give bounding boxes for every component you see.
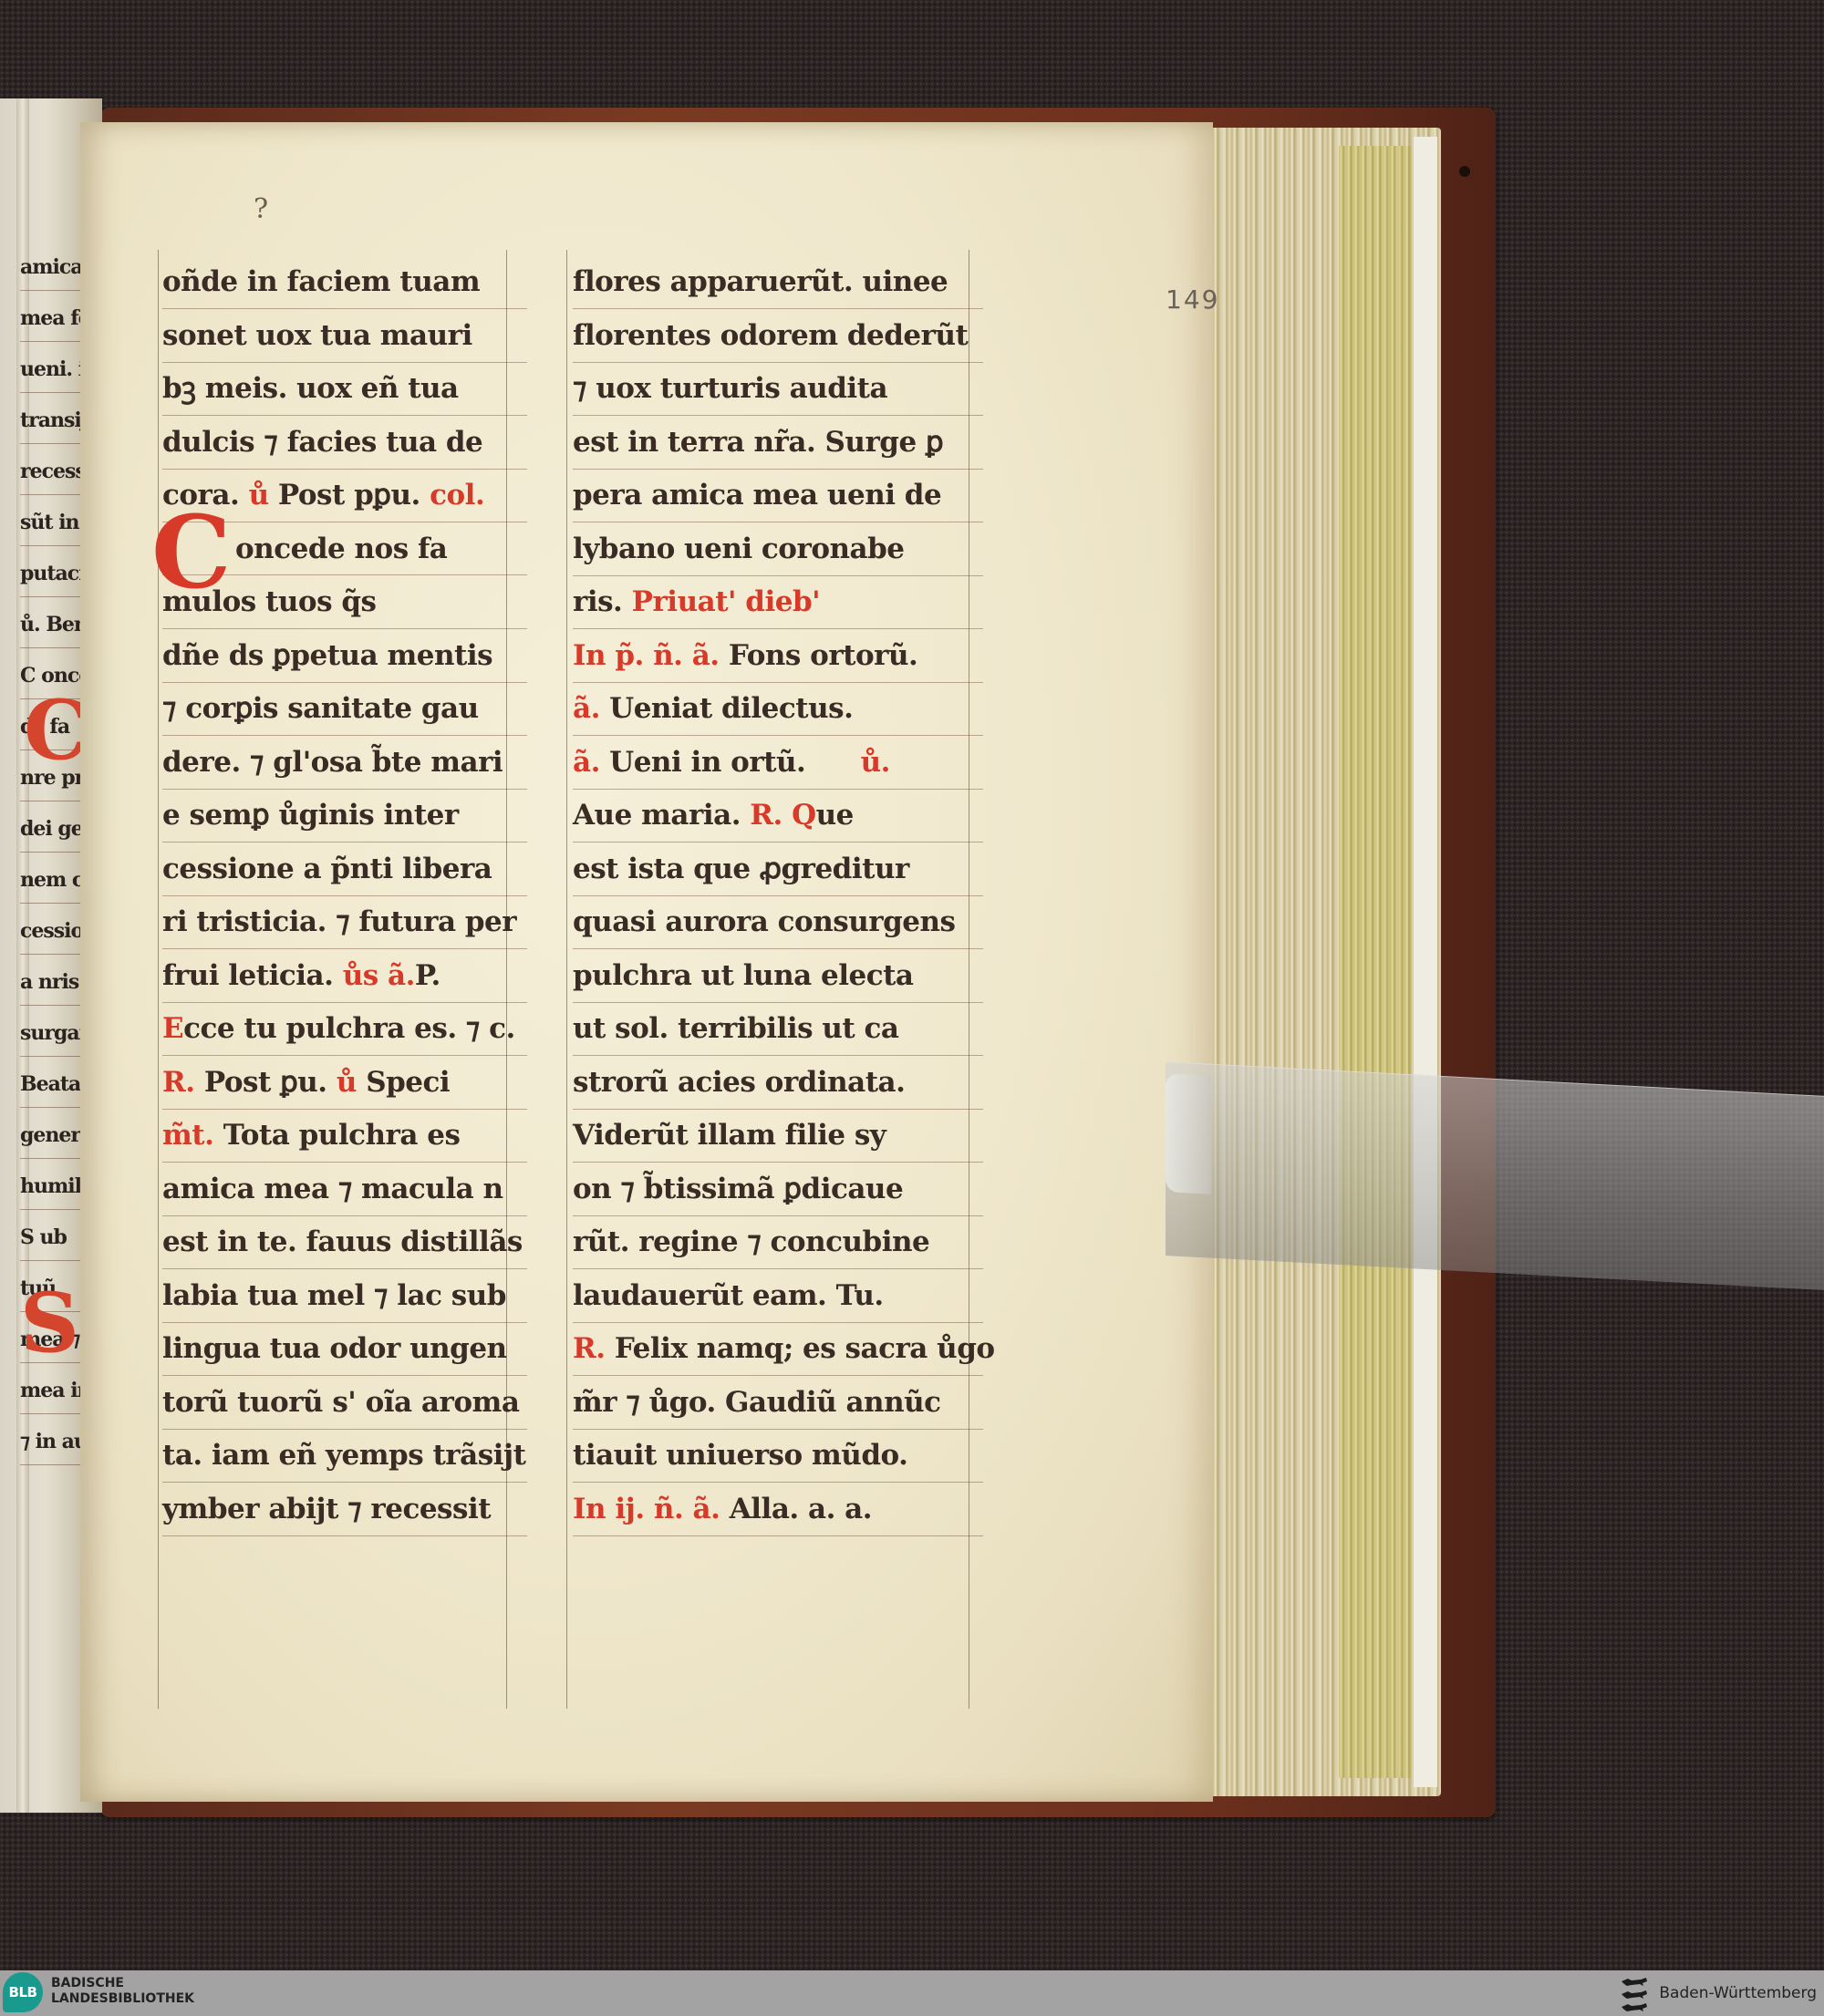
rubric: m̃t. xyxy=(162,1119,223,1152)
text-line: Aue maria. R. Que xyxy=(573,789,983,843)
text-segment: est in terra nr̃a. Surge ꝑ xyxy=(573,426,943,459)
text-segment: est ista que ꝓgreditur xyxy=(573,853,909,885)
clasp-hole xyxy=(1459,166,1470,177)
text-segment: ⁊ uox turturis audita xyxy=(573,372,887,405)
text-line: In ij. ñ. ã. Alla. a. a. xyxy=(573,1483,983,1536)
rubric: R. Q xyxy=(750,799,815,832)
text-line: ã. Ueni in ortũ. ů. xyxy=(573,736,983,790)
text-segment: labia tua mel ⁊ lac sub xyxy=(162,1279,506,1312)
text-segment: Ueni in ortũ. xyxy=(609,746,805,779)
rubric: ů xyxy=(249,479,269,512)
text-line: lingua tua odor ungen xyxy=(162,1322,527,1376)
text-line: dñe ds ꝑpetua mentis xyxy=(162,629,527,683)
text-line: Viderũt illam filie sy xyxy=(573,1109,983,1163)
text-segment: ri tristicia. ⁊ futura per xyxy=(162,905,516,938)
text-segment: ue xyxy=(816,799,854,832)
text-line: pera amica mea ueni de xyxy=(573,469,983,522)
text-segment: Post ꝑu. xyxy=(204,1066,337,1099)
text-segment: Viderũt illam filie sy xyxy=(573,1119,886,1152)
rubric: ã. xyxy=(573,746,609,779)
text-segment: quasi aurora consurgens xyxy=(573,905,955,938)
text-line: oñde in faciem tuam xyxy=(162,255,527,309)
footer-bar: BLB BADISCHE LANDESBIBLIOTHEK Baden-Würt… xyxy=(0,1970,1824,2016)
text-line: ut sol. terribilis ut ca xyxy=(573,1002,983,1056)
text-line: tiauit uniuerso mũdo. xyxy=(573,1429,983,1483)
rubric: ů. xyxy=(851,746,890,779)
text-segment: mulos tuos q̃s xyxy=(162,585,376,618)
text-segment: Alla. a. a. xyxy=(730,1493,872,1525)
text-line: R. Post ꝑu. ů Speci xyxy=(162,1056,527,1110)
decorated-initial: S xyxy=(20,1275,79,1371)
rubric: Priuat' dieb' xyxy=(632,585,821,618)
text-segment: ymber abijt ⁊ recessit xyxy=(162,1493,491,1525)
rubricated-initial: E xyxy=(162,1012,183,1045)
text-line: ã. Ueniat dilectus. xyxy=(573,682,983,736)
text-line: flores apparuerũt. uinee xyxy=(573,255,983,309)
text-line: amica mea ⁊ macula n xyxy=(162,1163,527,1216)
folio-number: 149 xyxy=(1166,284,1219,315)
text-segment: frui leticia. xyxy=(162,959,343,992)
text-line: sonet uox tua mauri xyxy=(162,309,527,363)
text-line: frui leticia. ůs ã.P. xyxy=(162,949,527,1003)
rubric: col. xyxy=(430,479,484,512)
text-line: Ecce tu pulchra es. ⁊ c. xyxy=(162,1002,527,1056)
library-name-line1: BADISCHE xyxy=(51,1976,194,1991)
text-segment: e semꝑ ůginis inter xyxy=(162,799,459,832)
text-segment: ta. iam eñ yemps trãsijt xyxy=(162,1439,525,1472)
text-segment: bꝫ meis. uox eñ tua xyxy=(162,372,459,405)
page-weight-tip xyxy=(1166,1073,1211,1194)
decorated-initial: C xyxy=(24,682,89,779)
rubric: ůs ã. xyxy=(343,959,415,992)
text-line: est in terra nr̃a. Surge ꝑ xyxy=(573,416,983,470)
library-name-line2: LANDESBIBLIOTHEK xyxy=(51,1991,194,2007)
text-segment: dere. ⁊ gl'osa b̃te mari xyxy=(162,746,503,779)
endleaf xyxy=(1414,137,1437,1787)
text-segment: oncede nos fa xyxy=(235,532,447,565)
text-line: Concede nos fa xyxy=(162,522,527,575)
text-segment: oñde in faciem tuam xyxy=(162,265,480,298)
text-segment: pulchra ut luna electa xyxy=(573,959,914,992)
text-line: florentes odorem dederũt xyxy=(573,309,983,363)
ruling-line xyxy=(158,250,159,1709)
gilt-edge xyxy=(1339,146,1412,1778)
three-lions-coat-of-arms-icon xyxy=(1619,1974,1650,2012)
text-segment: dñe ds ꝑpetua mentis xyxy=(162,639,492,672)
text-line: m̃r ⁊ ůgo. Gaudiũ annũc xyxy=(573,1376,983,1430)
text-line: dulcis ⁊ facies tua de xyxy=(162,416,527,470)
text-segment: lingua tua odor ungen xyxy=(162,1332,507,1365)
text-segment: Fons ortorũ. xyxy=(729,639,917,672)
text-line: R. Felix namq; es sacra ůgo xyxy=(573,1322,983,1376)
text-line: m̃t. Tota pulchra es xyxy=(162,1109,527,1163)
text-line: pulchra ut luna electa xyxy=(573,949,983,1003)
text-segment: torũ tuorũ s' oĩa aroma xyxy=(162,1386,519,1419)
text-line: labia tua mel ⁊ lac sub xyxy=(162,1269,527,1323)
text-segment: ris. xyxy=(573,585,632,618)
text-segment: flores apparuerũt. uinee xyxy=(573,265,948,298)
text-line: In p̃. ñ. ã. Fons ortorũ. xyxy=(573,629,983,683)
rubric: ã. xyxy=(573,692,609,725)
text-segment: cce tu pulchra es. ⁊ c. xyxy=(183,1012,515,1045)
text-segment: strorũ acies ordinata. xyxy=(573,1066,905,1099)
text-line: bꝫ meis. uox eñ tua xyxy=(162,362,527,416)
state-logo[interactable]: Baden-Württemberg xyxy=(1619,1974,1817,2012)
text-segment: rũt. regine ⁊ concubine xyxy=(573,1225,929,1258)
library-name[interactable]: BADISCHE LANDESBIBLIOTHEK xyxy=(51,1976,194,2007)
text-line: quasi aurora consurgens xyxy=(573,895,983,949)
text-segment: amica mea ⁊ macula n xyxy=(162,1173,503,1205)
text-line: ri tristicia. ⁊ futura per xyxy=(162,895,527,949)
rubric: In ij. ñ. ã. xyxy=(573,1493,730,1525)
text-segment: Tota pulchra es xyxy=(223,1119,461,1152)
text-segment: ⁊ corꝑis sanitate gau xyxy=(162,692,479,725)
text-line: cessione a p̃nti libera xyxy=(162,843,527,896)
rubric: In p̃. ñ. ã. xyxy=(573,639,729,672)
text-line: on ⁊ b̃tissimã ꝑdicaue xyxy=(573,1163,983,1216)
text-line: ⁊ uox turturis audita xyxy=(573,362,983,416)
ruling-line xyxy=(566,250,567,1709)
text-segment: m̃r ⁊ ůgo. Gaudiũ annũc xyxy=(573,1386,941,1419)
text-line: mulos tuos q̃s xyxy=(162,575,527,629)
text-line: dere. ⁊ gl'osa b̃te mari xyxy=(162,736,527,790)
pencil-mark: ? xyxy=(254,193,268,225)
text-line: est ista que ꝓgreditur xyxy=(573,843,983,896)
rubric: R. xyxy=(162,1066,204,1099)
acrylic-page-weight xyxy=(1166,1061,1824,1290)
text-segment: cessione a p̃nti libera xyxy=(162,853,492,885)
blb-logo[interactable]: BLB xyxy=(3,1972,43,2012)
text-segment: Felix namq; es sacra ůgo xyxy=(615,1332,995,1365)
text-segment: florentes odorem dederũt xyxy=(573,319,968,352)
text-segment: dulcis ⁊ facies tua de xyxy=(162,426,482,459)
text-segment: pera amica mea ueni de xyxy=(573,479,941,512)
manuscript-page-recto: 149 ? oñde in faciem tuamsonet uox tua m… xyxy=(80,122,1213,1802)
text-segment: ut sol. terribilis ut ca xyxy=(573,1012,899,1045)
text-segment: laudauerũt eam. Tu. xyxy=(573,1279,884,1312)
text-segment: on ⁊ b̃tissimã ꝑdicaue xyxy=(573,1173,903,1205)
text-segment: P. xyxy=(415,959,440,992)
text-segment: Aue maria. xyxy=(573,799,750,832)
text-line: ris. Priuat' dieb' xyxy=(573,575,983,629)
text-segment: sonet uox tua mauri xyxy=(162,319,472,352)
rubric: R. xyxy=(573,1332,615,1365)
text-line: ta. iam eñ yemps trãsijt xyxy=(162,1429,527,1483)
text-segment: lybano ueni coronabe xyxy=(573,532,905,565)
text-segment: Ueniat dilectus. xyxy=(609,692,853,725)
rubric: ů xyxy=(337,1066,366,1099)
text-segment: tiauit uniuerso mũdo. xyxy=(573,1439,907,1472)
text-line: lybano ueni coronabe xyxy=(573,522,983,576)
text-line: torũ tuorũ s' oĩa aroma xyxy=(162,1376,527,1430)
page-fore-edge xyxy=(1202,128,1441,1796)
text-line: strorũ acies ordinata. xyxy=(573,1056,983,1110)
text-segment: est in te. fauus distillãs xyxy=(162,1225,523,1258)
text-line: est in te. fauus distillãs xyxy=(162,1215,527,1269)
text-segment: Speci xyxy=(366,1066,450,1099)
text-line: laudauerũt eam. Tu. xyxy=(573,1269,983,1323)
state-name: Baden-Württemberg xyxy=(1659,1984,1817,2002)
text-line: e semꝑ ůginis inter xyxy=(162,789,527,843)
text-segment: Post pꝑu. xyxy=(269,479,430,512)
text-line: ymber abijt ⁊ recessit xyxy=(162,1483,527,1536)
text-line: rũt. regine ⁊ concubine xyxy=(573,1215,983,1269)
text-line: ⁊ corꝑis sanitate gau xyxy=(162,682,527,736)
